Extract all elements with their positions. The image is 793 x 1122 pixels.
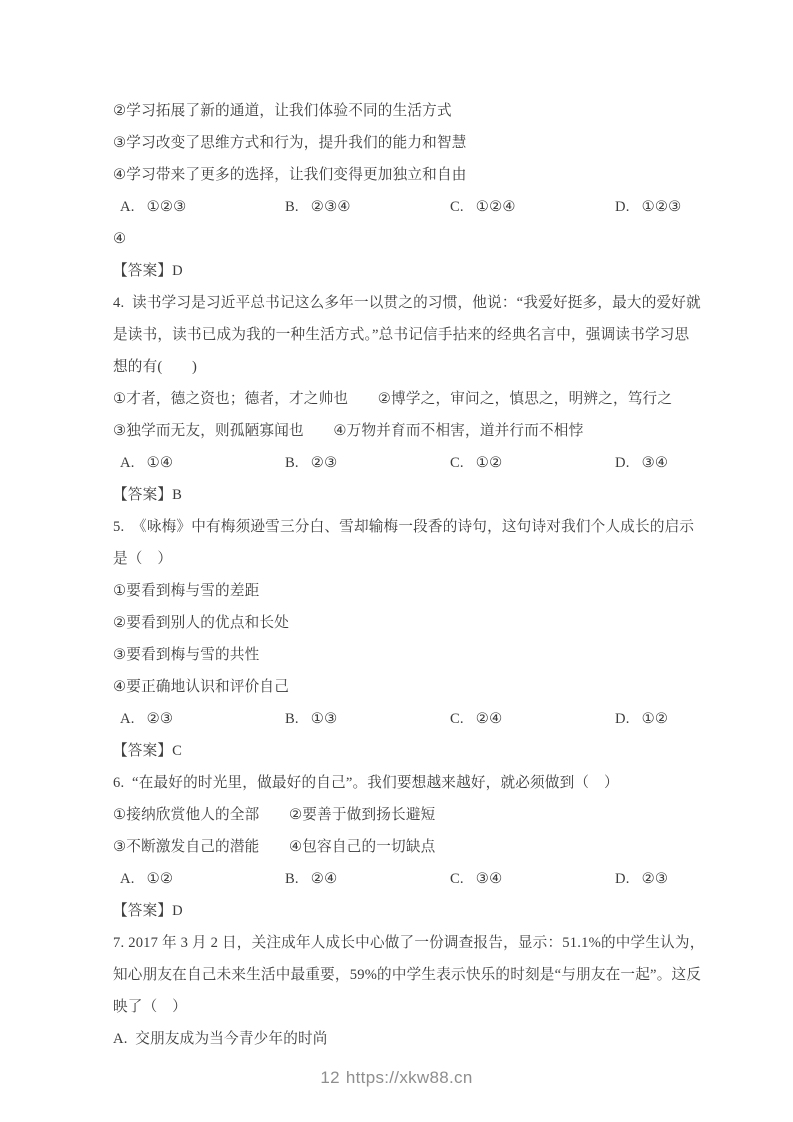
q3-statement-4: ④学习带来了更多的选择，让我们变得更加独立和自由	[113, 159, 675, 191]
q4-options-c: C.①②	[450, 447, 615, 479]
q5-stem-line-1: 5. 《咏梅》中有梅须逊雪三分白、雪却输梅一段香的诗句，这句诗对我们个人成长的启…	[113, 511, 675, 543]
page-number: 12	[320, 1068, 340, 1087]
option-value: ①③	[311, 711, 338, 727]
q5-options-b: B.①③	[285, 703, 450, 735]
q4-stem-line-1: 4. 读书学习是习近平总书记这么多年一以贯之的习惯，他说：“我爱好挺多，最大的爱…	[113, 287, 675, 319]
q3-options-c: C.①②④	[450, 191, 615, 223]
q4-options-d: D.③④	[615, 447, 675, 479]
q5-statement-1: ①要看到梅与雪的差距	[113, 575, 675, 607]
q3-statement-3: ③学习改变了思维方式和行为，提升我们的能力和智慧	[113, 127, 675, 159]
q3-options-d: D.①②③	[615, 191, 681, 223]
option-letter: B.	[285, 199, 299, 215]
q6-items-3-4: ③不断激发自己的潜能 ④包容自己的一切缺点	[113, 831, 675, 863]
q7-stem-line-2: 知心朋友在自己未来生活中最重要，59%的中学生表示快乐的时刻是“与朋友在一起”。…	[113, 959, 675, 991]
option-value: ②③	[311, 455, 338, 471]
option-value: ②③	[642, 871, 669, 887]
q5-options-a: A.②③	[120, 703, 285, 735]
q3-options-b: B.②③④	[285, 191, 450, 223]
option-letter: C.	[450, 199, 464, 215]
q4-items-1-2: ①才者，德之资也；德者，才之帅也 ②博学之，审问之，慎思之，明辨之，笃行之	[113, 383, 675, 415]
q3-statement-2: ②学习拓展了新的通道，让我们体验不同的生活方式	[113, 95, 675, 127]
option-letter: C.	[450, 871, 464, 887]
option-letter: B.	[285, 711, 299, 727]
q5-options: A.②③B.①③C.②④D.①②	[113, 703, 675, 735]
option-letter: A.	[120, 199, 135, 215]
option-letter: A.	[120, 711, 135, 727]
q4-stem-line-2: 是读书，读书已成为我的一种生活方式。”总书记信手拈来的经典名言中，强调读书学习思	[113, 319, 675, 351]
option-letter: D.	[615, 711, 630, 727]
q3-options: A.①②③B.②③④C.①②④D.①②③	[113, 191, 675, 223]
option-letter: A.	[120, 455, 135, 471]
option-letter: D.	[615, 455, 630, 471]
option-letter: D.	[615, 871, 630, 887]
option-value: ②③	[147, 711, 174, 727]
q3-answer: 【答案】D	[113, 255, 675, 287]
option-value: ②④	[476, 711, 503, 727]
option-value: ①②	[476, 455, 503, 471]
q6-options-a: A.①②	[120, 863, 285, 895]
q6-options-c: C.③④	[450, 863, 615, 895]
q5-stem-line-2: 是（ ）	[113, 543, 675, 575]
option-value: ①②③	[642, 199, 682, 215]
q4-items-3-4: ③独学而无友，则孤陋寡闻也 ④万物并育而不相害，道并行而不相悖	[113, 415, 675, 447]
q7-stem-line-3: 映了（ ）	[113, 991, 675, 1023]
q3-options-a: A.①②③	[120, 191, 285, 223]
q7-stem-line-1: 7. 2017 年 3 月 2 日，关注成年人成长中心做了一份调查报告，显示：5…	[113, 927, 675, 959]
option-value: ①②	[147, 871, 174, 887]
q6-answer: 【答案】D	[113, 895, 675, 927]
option-value: ①④	[147, 455, 174, 471]
q5-statement-3: ③要看到梅与雪的共性	[113, 639, 675, 671]
page-footer: 12https://xkw88.cn	[0, 1066, 793, 1090]
document-content: ②学习拓展了新的通道，让我们体验不同的生活方式③学习改变了思维方式和行为，提升我…	[113, 95, 675, 1055]
q5-options-d: D.①②	[615, 703, 675, 735]
q4-answer: 【答案】B	[113, 479, 675, 511]
option-value: ②③④	[311, 199, 351, 215]
exam-document-page: ②学习拓展了新的通道，让我们体验不同的生活方式③学习改变了思维方式和行为，提升我…	[0, 0, 793, 1122]
option-value: ①②	[642, 711, 669, 727]
q4-stem-line-3: 想的有( )	[113, 351, 675, 383]
option-letter: C.	[450, 455, 464, 471]
q4-options-b: B.②③	[285, 447, 450, 479]
q6-stem: 6. “在最好的时光里，做最好的自己”。我们要想越来越好，就必须做到（ ）	[113, 767, 675, 799]
option-letter: D.	[615, 199, 630, 215]
footer-url: https://xkw88.cn	[346, 1068, 473, 1087]
q4-options-a: A.①④	[120, 447, 285, 479]
option-letter: A.	[120, 871, 135, 887]
q5-answer: 【答案】C	[113, 735, 675, 767]
q4-options: A.①④B.②③C.①②D.③④	[113, 447, 675, 479]
option-value: ③④	[476, 871, 503, 887]
q5-options-c: C.②④	[450, 703, 615, 735]
q6-options-d: D.②③	[615, 863, 675, 895]
q6-options: A.①②B.②④C.③④D.②③	[113, 863, 675, 895]
q5-statement-4: ④要正确地认识和评价自己	[113, 671, 675, 703]
q7-option-a: A. 交朋友成为当今青少年的时尚	[113, 1023, 675, 1055]
q5-statement-2: ②要看到别人的优点和长处	[113, 607, 675, 639]
q3-option-d-overflow: ④	[113, 223, 675, 255]
option-letter: B.	[285, 871, 299, 887]
option-value: ①②④	[476, 199, 516, 215]
q6-options-b: B.②④	[285, 863, 450, 895]
option-letter: C.	[450, 711, 464, 727]
q6-items-1-2: ①接纳欣赏他人的全部 ②要善于做到扬长避短	[113, 799, 675, 831]
option-value: ③④	[642, 455, 669, 471]
option-value: ②④	[311, 871, 338, 887]
option-value: ①②③	[147, 199, 187, 215]
option-letter: B.	[285, 455, 299, 471]
